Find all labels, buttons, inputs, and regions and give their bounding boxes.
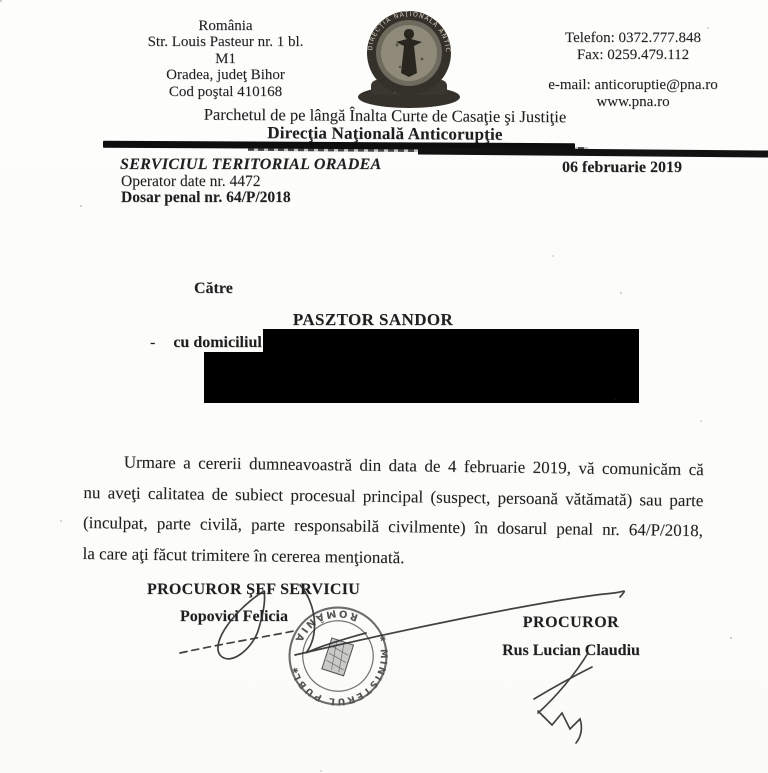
address-line-building: M1 bbox=[108, 51, 343, 67]
signature-popovici-loop2 bbox=[300, 585, 366, 653]
separator-rule-right bbox=[418, 147, 768, 157]
address-line-street: Str. Louis Pasteur nr. 1 bl. bbox=[108, 34, 343, 50]
signature-popovici-loop1 bbox=[218, 591, 265, 659]
contact-block: Telefon: 0372.777.848 Fax: 0259.479.112 … bbox=[508, 30, 758, 111]
signature-popovici-dashed-stroke bbox=[180, 631, 294, 653]
recipient-to-label: Către bbox=[194, 280, 233, 298]
list-dash: - bbox=[150, 334, 155, 352]
email-line: e-mail: anticoruptie@pna.ro bbox=[508, 77, 758, 94]
domicile-line: - cu domiciliul bbox=[150, 334, 262, 352]
redaction-block-address-line2 bbox=[204, 352, 639, 403]
dna-seal-emblem-icon: DIRECŢIA NAŢIONALĂ ANTICORUPŢIE bbox=[350, 7, 468, 109]
signature-popovici-long-stroke bbox=[295, 591, 624, 655]
address-line-postal: Cod poştal 410168 bbox=[108, 84, 343, 100]
address-line-country: România bbox=[108, 18, 343, 34]
case-number-line: Dosar penal nr. 64/P/2018 bbox=[121, 189, 291, 207]
handwritten-signatures-layer bbox=[118, 573, 678, 771]
fax-line: Fax: 0259.479.112 bbox=[508, 47, 758, 64]
phone-line: Telefon: 0372.777.848 bbox=[508, 30, 758, 47]
signature-rus-stroke2 bbox=[534, 667, 592, 699]
address-line-city: Oradea, judeţ Bihor bbox=[108, 67, 343, 83]
recipient-name: PASZTOR SANDOR bbox=[60, 310, 686, 330]
scanned-letter-page: România Str. Louis Pasteur nr. 1 bl. M1 … bbox=[0, 0, 768, 773]
document-date: 06 februarie 2019 bbox=[562, 159, 682, 177]
territorial-service-line: SERVICIUL TERITORIAL ORADEA bbox=[120, 156, 382, 174]
signature-rus-zigzag bbox=[538, 711, 581, 743]
redaction-block-address-line1 bbox=[263, 329, 639, 352]
contact-gap bbox=[508, 64, 758, 77]
domicile-label: cu domiciliul bbox=[173, 334, 261, 351]
body-paragraph: Urmare a cererii dumneavoastră din data … bbox=[82, 447, 704, 577]
sender-address-block: România Str. Louis Pasteur nr. 1 bl. M1 … bbox=[108, 18, 343, 100]
